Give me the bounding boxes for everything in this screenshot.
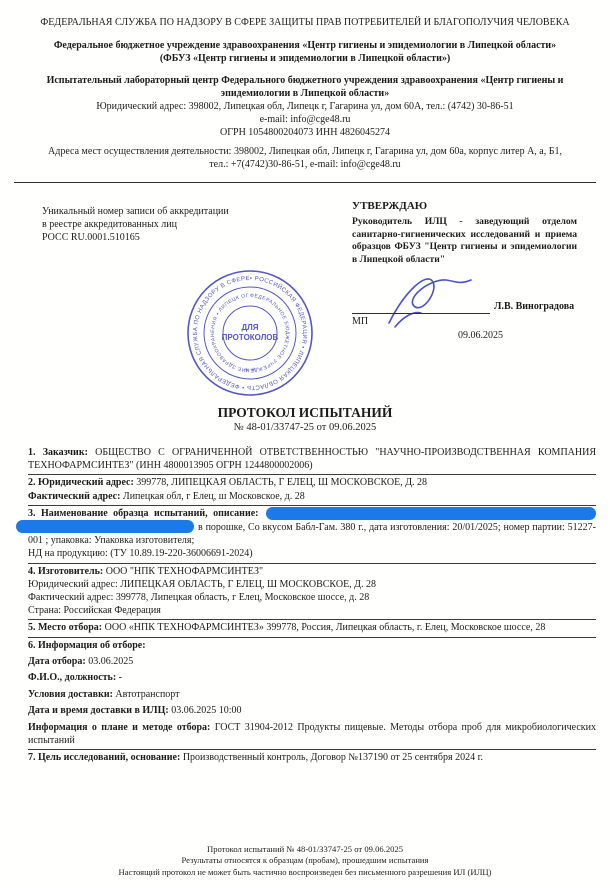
section-sample: 3. Наименование образца испытаний, описа… xyxy=(28,506,596,564)
approve-body: Руководитель ИЛЦ - заведующий отделом са… xyxy=(352,216,577,266)
fio-value: - xyxy=(116,672,122,683)
section2-label2: Фактический адрес: xyxy=(28,491,120,502)
delivered-label: Дата и время доставки в ИЛЦ: xyxy=(28,705,169,716)
section2-label: 2. Юридический адрес: xyxy=(28,477,134,488)
ogrn-inn-line: ОГРН 1054800204073 ИНН 4826045274 xyxy=(38,127,572,139)
section-customer: 1. Заказчик: ОБЩЕСТВО С ОГРАНИЧЕННОЙ ОТВ… xyxy=(28,445,596,475)
stamp-stars: ✳ ✳ xyxy=(244,367,256,374)
protocol-number: № 48-01/33747-25 от 09.06.2025 xyxy=(0,421,610,435)
approval-block: Уникальный номер записи об аккредитации … xyxy=(0,183,610,401)
mp-mark: МП xyxy=(352,316,368,327)
section4-line2: Юридический адрес: ЛИПЕЦКАЯ ОБЛАСТЬ, Г Е… xyxy=(28,578,596,591)
section2-text2: Липецкая обл, г Елец, ш Московское, д. 2… xyxy=(120,491,304,502)
section-sampling-place: 5. Место отбора: ООО «НПК ТЕХНОФАРМСИНТЕ… xyxy=(28,620,596,637)
sampling-date-label: Дата отбора: xyxy=(28,656,86,667)
approval-date: 09.06.2025 xyxy=(458,330,503,341)
title-block: ПРОТОКОЛ ИСПЫТАНИЙ № 48-01/33747-25 от 0… xyxy=(0,405,610,435)
agency-name: ФЕДЕРАЛЬНАЯ СЛУЖБА ПО НАДЗОРУ В СФЕРЕ ЗА… xyxy=(38,16,572,29)
protocol-document-page: ФЕДЕРАЛЬНАЯ СЛУЖБА ПО НАДЗОРУ В СФЕРЕ ЗА… xyxy=(0,0,610,888)
section-manufacturer: 4. Изготовитель: ООО "НПК ТЕХНОФАРМСИНТЕ… xyxy=(28,564,596,621)
stamp-center-line2: ПРОТОКОЛОВ xyxy=(222,333,279,342)
lab-center-name: Испытательный лабораторный центр Федерал… xyxy=(38,74,572,100)
section-sampling-info: 6. Информация об отборе: Дата отбора: 03… xyxy=(28,638,596,750)
section1-text: ОБЩЕСТВО С ОГРАНИЧЕННОЙ ОТВЕТСТВЕННОСТЬЮ… xyxy=(28,447,596,471)
section-purpose: 7. Цель исследований, основание: Произво… xyxy=(28,750,596,766)
document-header: ФЕДЕРАЛЬНАЯ СЛУЖБА ПО НАДЗОРУ В СФЕРЕ ЗА… xyxy=(0,0,610,171)
accreditation-line2: в реестре аккредитованных лиц xyxy=(42,218,277,231)
section5-text: ООО «НПК ТЕХНОФАРМСИНТЕЗ» 399778, Россия… xyxy=(102,622,545,633)
approve-block: УТВЕРЖДАЮ Руководитель ИЛЦ - заведующий … xyxy=(352,199,577,266)
footer-line1: Протокол испытаний № 48-01/33747-25 от 0… xyxy=(0,844,610,856)
redaction-bar xyxy=(266,507,596,520)
stamp-center-line1: ДЛЯ xyxy=(241,323,258,332)
accreditation-number: РОСС RU.0001.510165 xyxy=(42,231,277,244)
sampling-date-value: 03.06.2025 xyxy=(86,656,134,667)
page-footer: Протокол испытаний № 48-01/33747-25 от 0… xyxy=(0,844,610,879)
section2-text: 399778, ЛИПЕЦКАЯ ОБЛАСТЬ, Г ЕЛЕЦ, Ш МОСК… xyxy=(134,477,427,488)
approve-title: УТВЕРЖДАЮ xyxy=(352,199,577,213)
footer-line3: Настоящий протокол не может быть частичн… xyxy=(0,867,610,879)
protocol-title: ПРОТОКОЛ ИСПЫТАНИЙ xyxy=(0,405,610,421)
delivery-value: Автотранспорт xyxy=(113,689,180,700)
legal-address: Юридический адрес: 398002, Липецкая обл,… xyxy=(38,101,572,113)
delivered-value: 03.06.2025 10:00 xyxy=(169,705,242,716)
section3-label: 3. Наименование образца испытаний, описа… xyxy=(28,507,258,520)
activity-addresses: Адреса мест осуществления деятельности: … xyxy=(38,146,572,171)
section4-label: 4. Изготовитель: xyxy=(28,566,103,577)
section4-text: ООО "НПК ТЕХНОФАРМСИНТЕЗ" xyxy=(103,566,263,577)
section5-label: 5. Место отбора: xyxy=(28,622,102,633)
signer-name: Л.В. Виноградова xyxy=(494,301,574,312)
accreditation-block: Уникальный номер записи об аккредитации … xyxy=(42,205,277,244)
section6-label: 6. Информация об отборе: xyxy=(28,639,596,652)
delivery-label: Условия доставки: xyxy=(28,689,113,700)
footer-line2: Результаты относятся к образцам (пробам)… xyxy=(0,855,610,867)
signature-line xyxy=(352,313,490,314)
section4-line4: Страна: Российская Федерация xyxy=(28,604,596,617)
section1-label: 1. Заказчик: xyxy=(28,447,88,458)
redaction-bar xyxy=(16,520,194,533)
email-line: e-mail: info@cge48.ru xyxy=(38,114,572,126)
signature-squiggle xyxy=(383,269,478,331)
section7-label: 7. Цель исследований, основание: xyxy=(28,752,180,763)
section-legal-address: 2. Юридический адрес: 399778, ЛИПЕЦКАЯ О… xyxy=(28,475,596,505)
fio-label: Ф.И.О., должность: xyxy=(28,672,116,683)
sections: 1. Заказчик: ОБЩЕСТВО С ОГРАНИЧЕННОЙ ОТВ… xyxy=(28,445,596,766)
section4-line3: Фактический адрес: 399778, Липецкая обла… xyxy=(28,591,596,604)
accreditation-line1: Уникальный номер записи об аккредитации xyxy=(42,205,277,218)
section7-text: Производственный контроль, Договор №1371… xyxy=(180,752,483,763)
institution-name: Федеральное бюджетное учреждение здравоо… xyxy=(38,39,572,65)
round-stamp: • РОССИЙСКАЯ ФЕДЕРАЦИЯ • ЛИПЕЦКАЯ ОБЛАСТ… xyxy=(185,268,315,398)
section3-nd-line: НД на продукцию: (ТУ 10.89.19-220-360066… xyxy=(28,547,596,560)
plan-label: Информация о плане и методе отбора: xyxy=(28,722,210,733)
